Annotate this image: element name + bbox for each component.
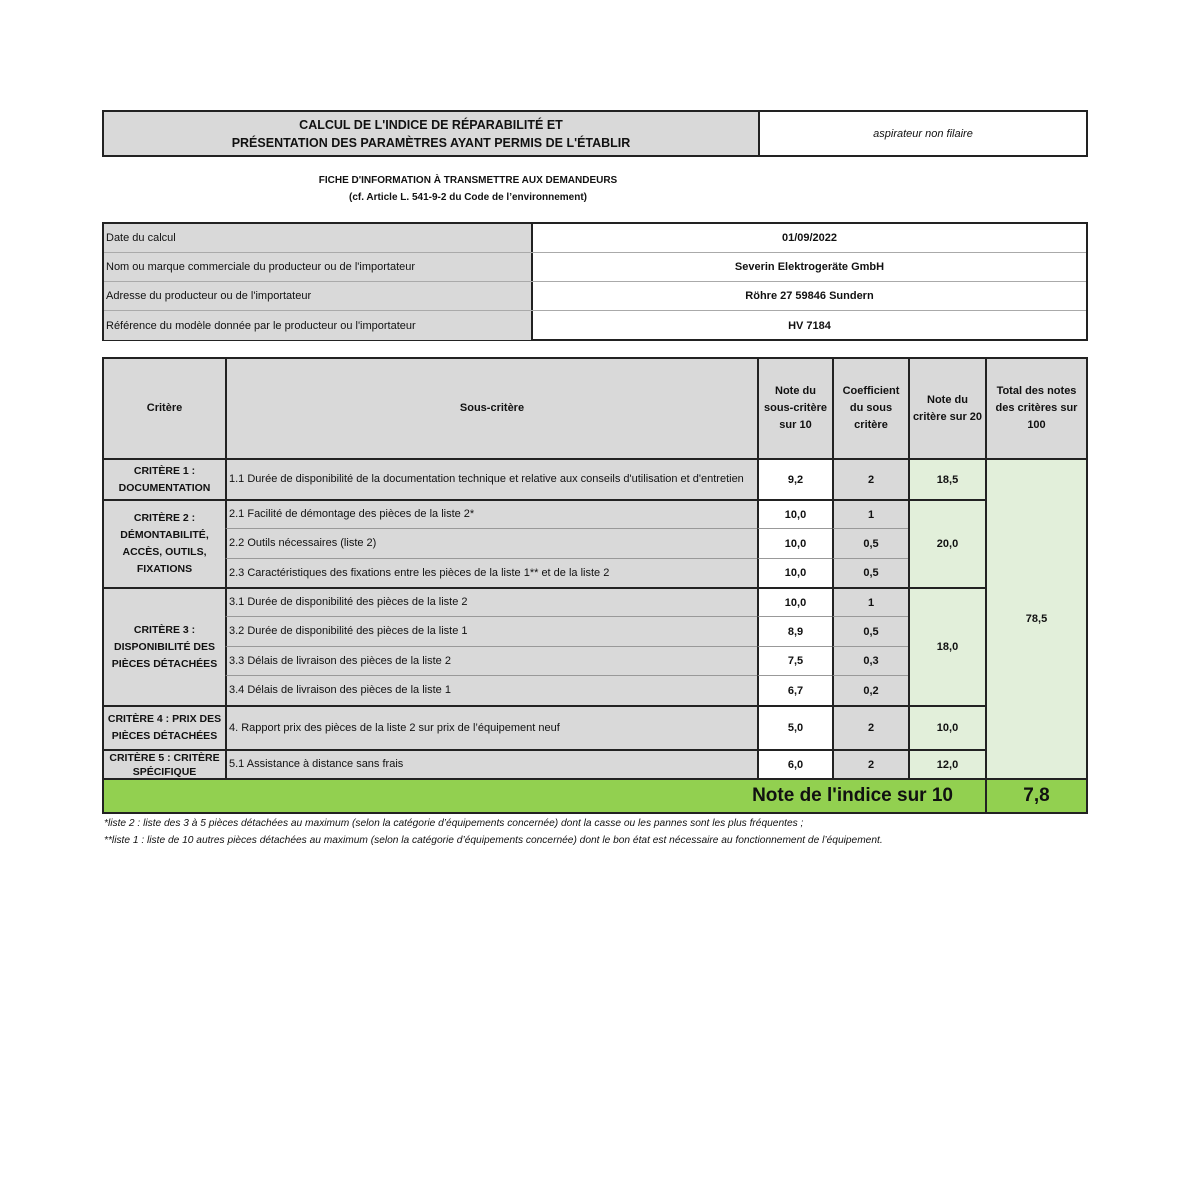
info-label: Nom ou marque commerciale du producteur …	[104, 253, 533, 281]
subcriterion-3-4: 3.4 Délais de livraison des pièces de la…	[225, 675, 757, 705]
note-2-3: 10,0	[757, 558, 832, 587]
header-coefficient: Coefficient du sous critère	[832, 359, 908, 458]
header-critere: Critère	[104, 359, 225, 458]
note-5-1: 6,0	[757, 749, 832, 778]
note-1-1: 9,2	[757, 458, 832, 499]
producer-info-table: Date du calcul 01/09/2022 Nom ou marque …	[102, 222, 1088, 341]
note-3-3: 7,5	[757, 646, 832, 675]
note-3-2: 8,9	[757, 616, 832, 646]
footnote-liste-1: **liste 1 : liste de 10 autres pièces dé…	[104, 832, 1084, 849]
info-row-date: Date du calcul 01/09/2022	[104, 224, 1086, 253]
criterion-3-label: CRITÈRE 3 : DISPONIBILITÉ DES PIÈCES DÉT…	[104, 587, 225, 705]
info-value-model: HV 7184	[533, 311, 1086, 340]
repairability-score-table: Critère Sous-critère Note du sous-critèr…	[102, 357, 1088, 814]
note-2-1: 10,0	[757, 499, 832, 528]
criterion-1-label: CRITÈRE 1 : DOCUMENTATION	[104, 458, 225, 499]
criterion-2-score: 20,0	[908, 499, 985, 587]
criterion-5-score: 12,0	[908, 749, 985, 778]
note-2-2: 10,0	[757, 528, 832, 558]
subcriterion-2-2: 2.2 Outils nécessaires (liste 2)	[225, 528, 757, 558]
subtitle-line-2: (cf. Article L. 541-9-2 du Code de l’env…	[240, 189, 696, 206]
coef-2-2: 0,5	[832, 528, 908, 558]
final-score-label: Note de l'indice sur 10	[104, 778, 985, 812]
info-value-date: 01/09/2022	[533, 224, 1086, 252]
header-note-critere: Note du critère sur 20	[908, 359, 985, 458]
criterion-3-score: 18,0	[908, 587, 985, 705]
footnote-liste-2: *liste 2 : liste des 3 à 5 pièces détach…	[104, 815, 1084, 832]
subcriterion-3-1: 3.1 Durée de disponibilité des pièces de…	[225, 587, 757, 616]
total-score-100: 78,5	[985, 458, 1086, 778]
header-sous-critere: Sous-critère	[225, 359, 757, 458]
title-line-1: CALCUL DE L'INDICE DE RÉPARABILITÉ ET	[299, 116, 563, 134]
subcriterion-5-1: 5.1 Assistance à distance sans frais	[225, 749, 757, 778]
subtitle: FICHE D'INFORMATION À TRANSMETTRE AUX DE…	[240, 172, 696, 206]
criterion-2-label: CRITÈRE 2 : DÉMONTABILITÉ, ACCÈS, OUTILS…	[104, 499, 225, 587]
info-row-brand: Nom ou marque commerciale du producteur …	[104, 253, 1086, 282]
criterion-1-score: 18,5	[908, 458, 985, 499]
note-4: 5,0	[757, 705, 832, 749]
document-title: CALCUL DE L'INDICE DE RÉPARABILITÉ ET PR…	[104, 112, 760, 155]
footnotes: *liste 2 : liste des 3 à 5 pièces détach…	[104, 815, 1084, 849]
info-label: Date du calcul	[104, 224, 533, 252]
coef-5-1: 2	[832, 749, 908, 778]
note-3-4: 6,7	[757, 675, 832, 705]
criterion-4-score: 10,0	[908, 705, 985, 749]
info-row-address: Adresse du producteur ou de l'importateu…	[104, 282, 1086, 311]
info-value-address: Röhre 27 59846 Sundern	[533, 282, 1086, 310]
coef-1-1: 2	[832, 458, 908, 499]
coef-3-1: 1	[832, 587, 908, 616]
coef-3-3: 0,3	[832, 646, 908, 675]
subcriterion-3-3: 3.3 Délais de livraison des pièces de la…	[225, 646, 757, 675]
coef-2-3: 0,5	[832, 558, 908, 587]
info-label: Adresse du producteur ou de l'importateu…	[104, 282, 533, 310]
product-category: aspirateur non filaire	[760, 112, 1086, 155]
subcriterion-2-3: 2.3 Caractéristiques des fixations entre…	[225, 558, 757, 587]
info-label: Référence du modèle donnée par le produc…	[104, 311, 533, 340]
info-value-brand: Severin Elektrogeräte GmbH	[533, 253, 1086, 281]
subcriterion-2-1: 2.1 Facilité de démontage des pièces de …	[225, 499, 757, 528]
coef-4: 2	[832, 705, 908, 749]
title-box: CALCUL DE L'INDICE DE RÉPARABILITÉ ET PR…	[102, 110, 1088, 157]
coef-3-2: 0,5	[832, 616, 908, 646]
header-note-sous-critere: Note du sous-critère sur 10	[757, 359, 832, 458]
criterion-5-label: CRITÈRE 5 : CRITÈRE SPÉCIFIQUE	[104, 749, 225, 778]
title-line-2: PRÉSENTATION DES PARAMÈTRES AYANT PERMIS…	[232, 134, 631, 152]
subcriterion-3-2: 3.2 Durée de disponibilité des pièces de…	[225, 616, 757, 646]
coef-3-4: 0,2	[832, 675, 908, 705]
note-3-1: 10,0	[757, 587, 832, 616]
info-row-model: Référence du modèle donnée par le produc…	[104, 311, 1086, 340]
header-total: Total des notes des critères sur 100	[985, 359, 1086, 458]
final-score-value: 7,8	[985, 778, 1086, 812]
coef-2-1: 1	[832, 499, 908, 528]
criterion-4-label: CRITÈRE 4 : PRIX DES PIÈCES DÉTACHÉES	[104, 705, 225, 749]
subcriterion-4: 4. Rapport prix des pièces de la liste 2…	[225, 705, 757, 749]
subtitle-line-1: FICHE D'INFORMATION À TRANSMETTRE AUX DE…	[240, 172, 696, 189]
subcriterion-1-1: 1.1 Durée de disponibilité de la documen…	[225, 458, 757, 499]
